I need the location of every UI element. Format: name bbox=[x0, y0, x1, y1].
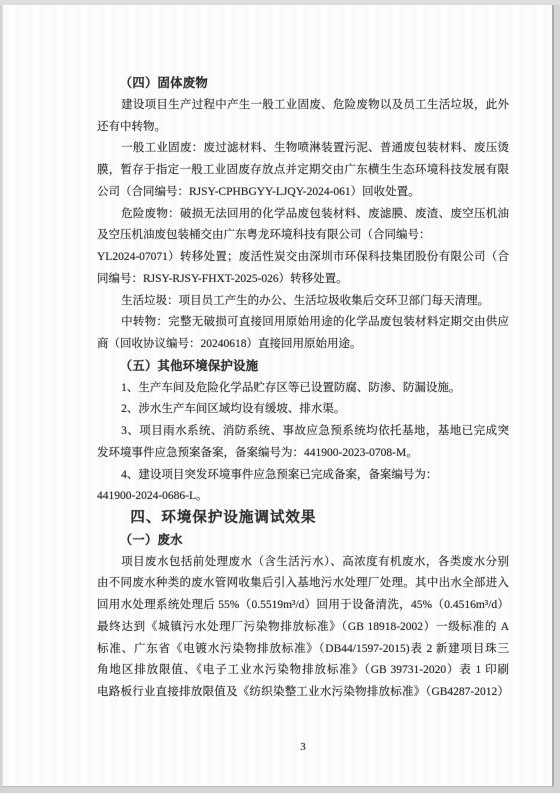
doc-line: 一般工业固废：废过滤材料、生物喷淋装置污泥、普通废包装材料、废压烫 bbox=[97, 138, 509, 160]
doc-line: 电路板行业直接排放限值及《纺织染整工业水污染物排放标准》（GB4287-2012… bbox=[97, 682, 509, 704]
document-text-block: （四）固体废物 建设项目生产过程中产生一般工业固废、危险废物以及员工生活垃圾，此… bbox=[97, 73, 509, 704]
doc-line: 中转物：完整无破损可直接回用原始用途的化学品废包装材料定期交由供应 bbox=[97, 312, 509, 334]
document-page: （四）固体废物 建设项目生产过程中产生一般工业固废、危险废物以及员工生活垃圾，此… bbox=[2, 5, 554, 786]
doc-line: 3、项目雨水系统、消防系统、事故应急预系统均依托基地，基地已完成突 bbox=[97, 421, 509, 443]
doc-line: 项目废水包括前处理废水（含生活污水）、高浓度有机废水，各类废水分别 bbox=[97, 552, 509, 574]
doc-line: 膜，暂存于指定一般工业固废存放点并定期交由广东横生生态环境科技发展有限 bbox=[97, 160, 509, 182]
doc-line: 1、生产车间及危险化学品贮存区等已设置防腐、防渗、防漏设施。 bbox=[97, 378, 509, 400]
doc-line: 建设项目生产过程中产生一般工业固废、危险废物以及员工生活垃圾，此外 bbox=[97, 95, 509, 117]
doc-line: 商（回收协议编号：20240618）直接回用原始用途。 bbox=[97, 334, 509, 356]
doc-line: 441900-2024-0686-L。 bbox=[97, 486, 509, 508]
heading-other-facilities: （五）其他环境保护设施 bbox=[97, 356, 509, 378]
doc-line: 2、涉水生产车间区域均设有缓坡、排水渠。 bbox=[97, 399, 509, 421]
doc-line: 危险废物：破损无法回用的化学品废包装材料、废滤膜、废渣、废空压机油 bbox=[97, 204, 509, 226]
doc-line: 标准、广东省《电镀水污染物排放标准》（DB44/1597-2015)表 2 新建… bbox=[97, 639, 509, 661]
doc-line: 角地区排放限值、《电子工业水污染物排放标准》（GB 39731-2020）表 1… bbox=[97, 660, 509, 682]
doc-line: 还有中转物。 bbox=[97, 117, 509, 139]
doc-line: YL2024-07071）转移处置；废活性炭交由深圳市环保科技集团股份有限公司（… bbox=[97, 247, 509, 269]
page-number: 3 bbox=[97, 741, 509, 753]
doc-line: 最终达到《城镇污水处理厂污染物排放标准》（GB 18918-2002）一级标准的… bbox=[97, 617, 509, 639]
doc-line: 发环境事件应急预案备案，备案编号为：441900-2023-0708-M。 bbox=[97, 443, 509, 465]
doc-line: 同编号：RJSY-RJSY-FHXT-2025-026）转移处置。 bbox=[97, 269, 509, 291]
doc-line: 公司（合同编号：RJSY-CPHBGYY-LJQY-2024-061）回收处置。 bbox=[97, 182, 509, 204]
doc-line: 由不同废水种类的废水管网收集后引入基地污水处理厂处理。其中出水全部进入 bbox=[97, 573, 509, 595]
doc-line: 及空压机油废包装桶交由广东粤龙环境科技有限公司（合同编号： bbox=[97, 225, 509, 247]
doc-line: 生活垃圾：项目员工产生的办公、生活垃圾收集后交环卫部门每天清理。 bbox=[97, 291, 509, 313]
doc-line: 4、建设项目突发环境事件应急预案已完成备案，备案编号为： bbox=[97, 465, 509, 487]
heading-wastewater: （一）废水 bbox=[97, 530, 509, 552]
heading-section-4-results: 四、环境保护设施调试效果 bbox=[97, 508, 509, 530]
doc-line: 回用水处理系统处理后 55%（0.5519m³/d）回用于设备清洗，45%（0.… bbox=[97, 595, 509, 617]
heading-solid-waste: （四）固体废物 bbox=[97, 73, 509, 95]
